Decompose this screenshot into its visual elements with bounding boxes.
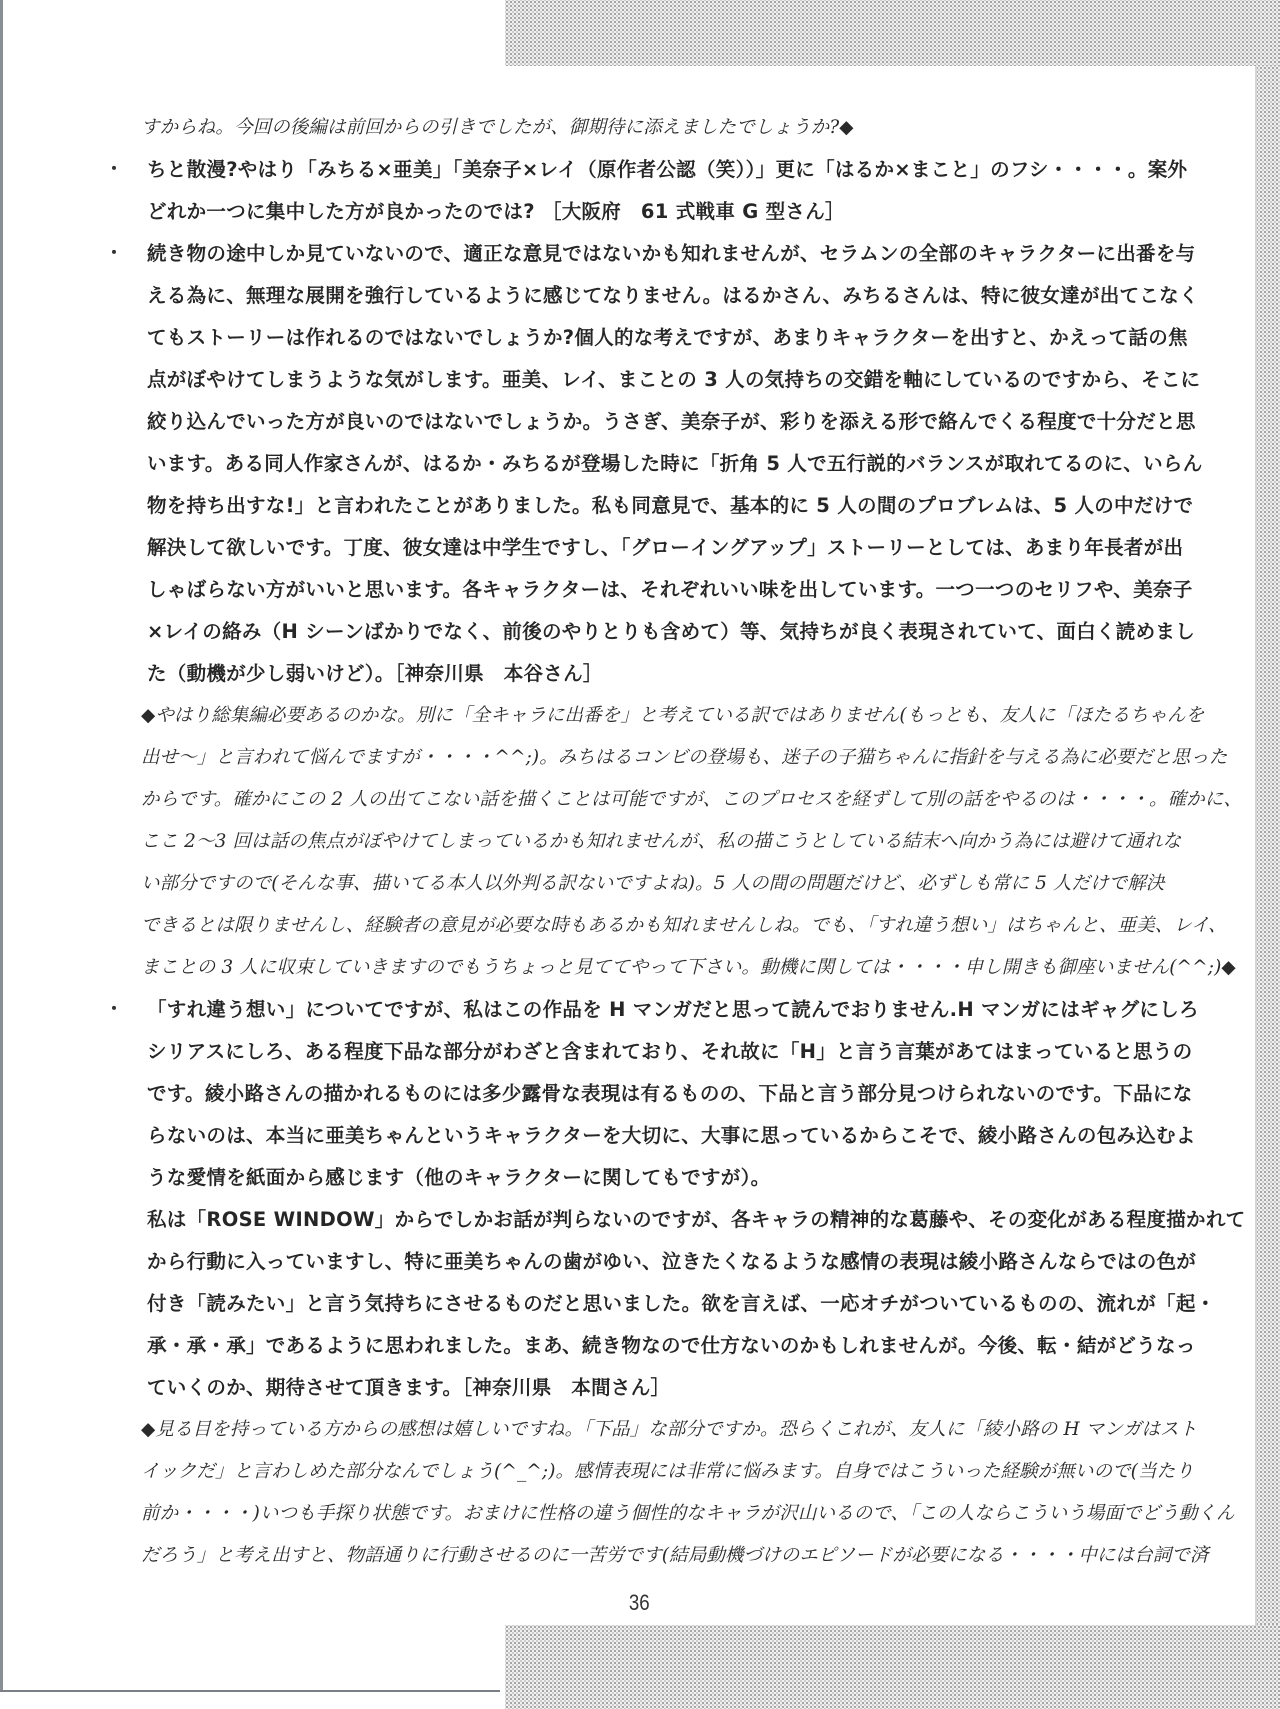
line-text: ◆やはり総集編必要あるのかな。別に「全キャラに出番を」と考えている訳ではありませ…: [141, 705, 1204, 726]
author-reply-line: ◆やはり総集編必要あるのかな。別に「全キャラに出番を」と考えている訳ではありませ…: [100, 695, 1220, 737]
reader-letter-line: ・続き物の途中しか見ていないので、適正な意見ではないかも知れませんが、セラムンの…: [100, 233, 1220, 275]
author-reply-line: イックだ」と言わしめた部分なんでしょう(^_^;)。感情表現には非常に悩みます。…: [100, 1451, 1220, 1493]
screentone-top-decoration: [505, 0, 1280, 66]
reader-letter-line: てもストーリーは作れるのではないでしょうか?個人的な考えですが、あまりキャラクタ…: [100, 317, 1220, 359]
letters-column: すからね。今回の後編は前回からの引きでしたが、御期待に添えましたでしょうか?◆・…: [100, 107, 1220, 1577]
line-text: 絞り込んでいった方が良いのではないでしょうか。うさぎ、美奈子が、彩りを添える形で…: [147, 410, 1196, 433]
line-text: います。ある同人作家さんが、はるか・みちるが登場した時に「折角 5 人で五行説的…: [147, 452, 1203, 475]
reader-letter-line: た（動機が少し弱いけど）。［神奈川県 本谷さん］: [100, 653, 1220, 695]
line-text: 「すれ違う想い」についてですが、私はこの作品を H マンガだと思って読んでおりま…: [147, 998, 1199, 1021]
line-text: ちと散漫?やはり「みちる×亜美」「美奈子×レイ（原作者公認（笑））」更に「はるか…: [147, 158, 1187, 181]
author-reply-line: ◆見る目を持っている方からの感想は嬉しいですね。「下品」な部分ですか。恐らくこれ…: [100, 1409, 1220, 1451]
reader-letter-line: 承・承・承」であるように思われました。まあ、続き物なので仕方ないのかもしれません…: [100, 1325, 1220, 1367]
page-edge: [1255, 66, 1257, 1626]
line-text: 続き物の途中しか見ていないので、適正な意見ではないかも知れませんが、セラムンの全…: [147, 242, 1195, 265]
reader-letter-line: らないのは、本当に亜美ちゃんというキャラクターを大切に、大事に思っているからこそ…: [100, 1115, 1220, 1157]
reader-letter-line: 物を持ち出すな!」と言われたことがありました。私も同意見で、基本的に 5 人の間…: [100, 485, 1220, 527]
reader-letter-line: ・ちと散漫?やはり「みちる×亜美」「美奈子×レイ（原作者公認（笑））」更に「はる…: [100, 149, 1220, 191]
reader-letter-line: ×レイの絡み（H シーンばかりでなく、前後のやりとりも含めて）等、気持ちが良く表…: [100, 611, 1220, 653]
author-reply-line: からです。確かにこの 2 人の出てこない話を描くことは可能ですが、このプロセスを…: [100, 779, 1220, 821]
bullet-marker: ・: [105, 989, 123, 1031]
line-text: らないのは、本当に亜美ちゃんというキャラクターを大切に、大事に思っているからこそ…: [147, 1124, 1196, 1147]
line-text: まことの 3 人に収束していきますのでもうちょっと見ててやって下さい。動機に関し…: [141, 957, 1236, 978]
reader-letter-line: 私は「ROSE WINDOW」からでしかお話が判らないのですが、各キャラの精神的…: [100, 1199, 1220, 1241]
reader-letter-line: うな愛情を紙面から感じます（他のキャラクターに関してもですが）。: [100, 1157, 1220, 1199]
line-text: 私は「ROSE WINDOW」からでしかお話が判らないのですが、各キャラの精神的…: [147, 1208, 1245, 1231]
line-text: 付き「読みたい」と言う気持ちにさせるものだと思いました。欲を言えば、一応オチがつ…: [147, 1292, 1215, 1315]
line-text: 点がぼやけてしまうような気がします。亜美、レイ、まことの 3 人の気持ちの交錯を…: [147, 368, 1200, 391]
reader-letter-line: える為に、無理な展開を強行しているように感じてなりません。はるかさん、みちるさん…: [100, 275, 1220, 317]
line-text: からです。確かにこの 2 人の出てこない話を描くことは可能ですが、このプロセスを…: [141, 789, 1242, 810]
reader-letter-line: 点がぼやけてしまうような気がします。亜美、レイ、まことの 3 人の気持ちの交錯を…: [100, 359, 1220, 401]
author-reply-line: まことの 3 人に収束していきますのでもうちょっと見ててやって下さい。動機に関し…: [100, 947, 1220, 989]
line-text: すからね。今回の後編は前回からの引きでしたが、御期待に添えましたでしょうか?◆: [141, 117, 854, 138]
bottom-border-rule: [0, 1690, 500, 1692]
line-text: だろう」と考え出すと、物語通りに行動させるのに一苦労です(結局動機づけのエピソー…: [141, 1545, 1209, 1566]
line-text: できるとは限りませんし、経験者の意見が必要な時もあるかも知れませんしね。でも、「…: [141, 915, 1227, 936]
line-text: 承・承・承」であるように思われました。まあ、続き物なので仕方ないのかもしれません…: [147, 1334, 1196, 1357]
reader-letter-line: ていくのか、期待させて頂きます。［神奈川県 本間さん］: [100, 1367, 1220, 1409]
reader-letter-line: 付き「読みたい」と言う気持ちにさせるものだと思いました。欲を言えば、一応オチがつ…: [100, 1283, 1220, 1325]
reader-letter-line: から行動に入っていますし、特に亜美ちゃんの歯がゆい、泣きたくなるような感情の表現…: [100, 1241, 1220, 1283]
reader-letter-line: 解決して欲しいです。丁度、彼女達は中学生ですし、「グローイングアップ」ストーリー…: [100, 527, 1220, 569]
line-text: 前か・・・・)いつも手探り状態です。おまけに性格の違う個性的なキャラが沢山いるの…: [141, 1503, 1235, 1524]
line-text: ×レイの絡み（H シーンばかりでなく、前後のやりとりも含めて）等、気持ちが良く表…: [147, 620, 1195, 643]
line-text: どれか一つに集中した方が良かったのでは? ［大阪府 61 式戦車 G 型さん］: [147, 200, 845, 223]
reader-letter-line: しゃばらない方がいいと思います。各キャラクターは、それぞれいい味を出しています。…: [100, 569, 1220, 611]
line-text: える為に、無理な展開を強行しているように感じてなりません。はるかさん、みちるさん…: [147, 284, 1199, 307]
line-text: シリアスにしろ、ある程度下品な部分がわざと含まれており、それ故に「H」と言う言葉…: [147, 1040, 1192, 1063]
author-reply-line: すからね。今回の後編は前回からの引きでしたが、御期待に添えましたでしょうか?◆: [100, 107, 1220, 149]
screentone-bottom-decoration: [505, 1625, 1280, 1709]
bullet-marker: ・: [105, 149, 123, 191]
author-reply-line: できるとは限りませんし、経験者の意見が必要な時もあるかも知れませんしね。でも、「…: [100, 905, 1220, 947]
line-text: 解決して欲しいです。丁度、彼女達は中学生ですし、「グローイングアップ」ストーリー…: [147, 536, 1183, 559]
line-text: い部分ですので(そんな事、描いてる本人以外判る訳ないですよね)。5 人の間の問題…: [141, 873, 1165, 894]
left-border-rule: [0, 0, 3, 1690]
line-text: ◆見る目を持っている方からの感想は嬉しいですね。「下品」な部分ですか。恐らくこれ…: [141, 1419, 1197, 1440]
screentone-right-decoration: [1255, 66, 1280, 1626]
line-text: ここ 2〜3 回は話の焦点がぼやけてしまっているかも知れませんが、私の描こうとし…: [141, 831, 1181, 852]
line-text: た（動機が少し弱いけど）。［神奈川県 本谷さん］: [147, 662, 603, 685]
line-text: イックだ」と言わしめた部分なんでしょう(^_^;)。感情表現には非常に悩みます。…: [141, 1461, 1194, 1482]
author-reply-line: ここ 2〜3 回は話の焦点がぼやけてしまっているかも知れませんが、私の描こうとし…: [100, 821, 1220, 863]
reader-letter-line: です。綾小路さんの描かれるものには多少露骨な表現は有るものの、下品と言う部分見つ…: [100, 1073, 1220, 1115]
reader-letter-line: います。ある同人作家さんが、はるか・みちるが登場した時に「折角 5 人で五行説的…: [100, 443, 1220, 485]
page-number: 36: [629, 1590, 650, 1616]
author-reply-line: い部分ですので(そんな事、描いてる本人以外判る訳ないですよね)。5 人の間の問題…: [100, 863, 1220, 905]
line-text: です。綾小路さんの描かれるものには多少露骨な表現は有るものの、下品と言う部分見つ…: [147, 1082, 1193, 1105]
reader-letter-line: ・「すれ違う想い」についてですが、私はこの作品を H マンガだと思って読んでおり…: [100, 989, 1220, 1031]
line-text: うな愛情を紙面から感じます（他のキャラクターに関してもですが）。: [147, 1166, 770, 1189]
line-text: ていくのか、期待させて頂きます。［神奈川県 本間さん］: [147, 1376, 670, 1399]
line-text: 物を持ち出すな!」と言われたことがありました。私も同意見で、基本的に 5 人の間…: [147, 494, 1193, 517]
line-text: しゃばらない方がいいと思います。各キャラクターは、それぞれいい味を出しています。…: [147, 578, 1193, 601]
line-text: 出せ〜」と言われて悩んでますが・・・・^^;)。みちはるコンビの登場も、迷子の子…: [141, 747, 1227, 768]
author-reply-line: 出せ〜」と言われて悩んでますが・・・・^^;)。みちはるコンビの登場も、迷子の子…: [100, 737, 1220, 779]
line-text: てもストーリーは作れるのではないでしょうか?個人的な考えですが、あまりキャラクタ…: [147, 326, 1188, 349]
reader-letter-line: 絞り込んでいった方が良いのではないでしょうか。うさぎ、美奈子が、彩りを添える形で…: [100, 401, 1220, 443]
line-text: から行動に入っていますし、特に亜美ちゃんの歯がゆい、泣きたくなるような感情の表現…: [147, 1250, 1196, 1273]
author-reply-line: だろう」と考え出すと、物語通りに行動させるのに一苦労です(結局動機づけのエピソー…: [100, 1535, 1220, 1577]
author-reply-line: 前か・・・・)いつも手探り状態です。おまけに性格の違う個性的なキャラが沢山いるの…: [100, 1493, 1220, 1535]
bullet-marker: ・: [105, 233, 123, 275]
reader-letter-line: どれか一つに集中した方が良かったのでは? ［大阪府 61 式戦車 G 型さん］: [100, 191, 1220, 233]
reader-letter-line: シリアスにしろ、ある程度下品な部分がわざと含まれており、それ故に「H」と言う言葉…: [100, 1031, 1220, 1073]
